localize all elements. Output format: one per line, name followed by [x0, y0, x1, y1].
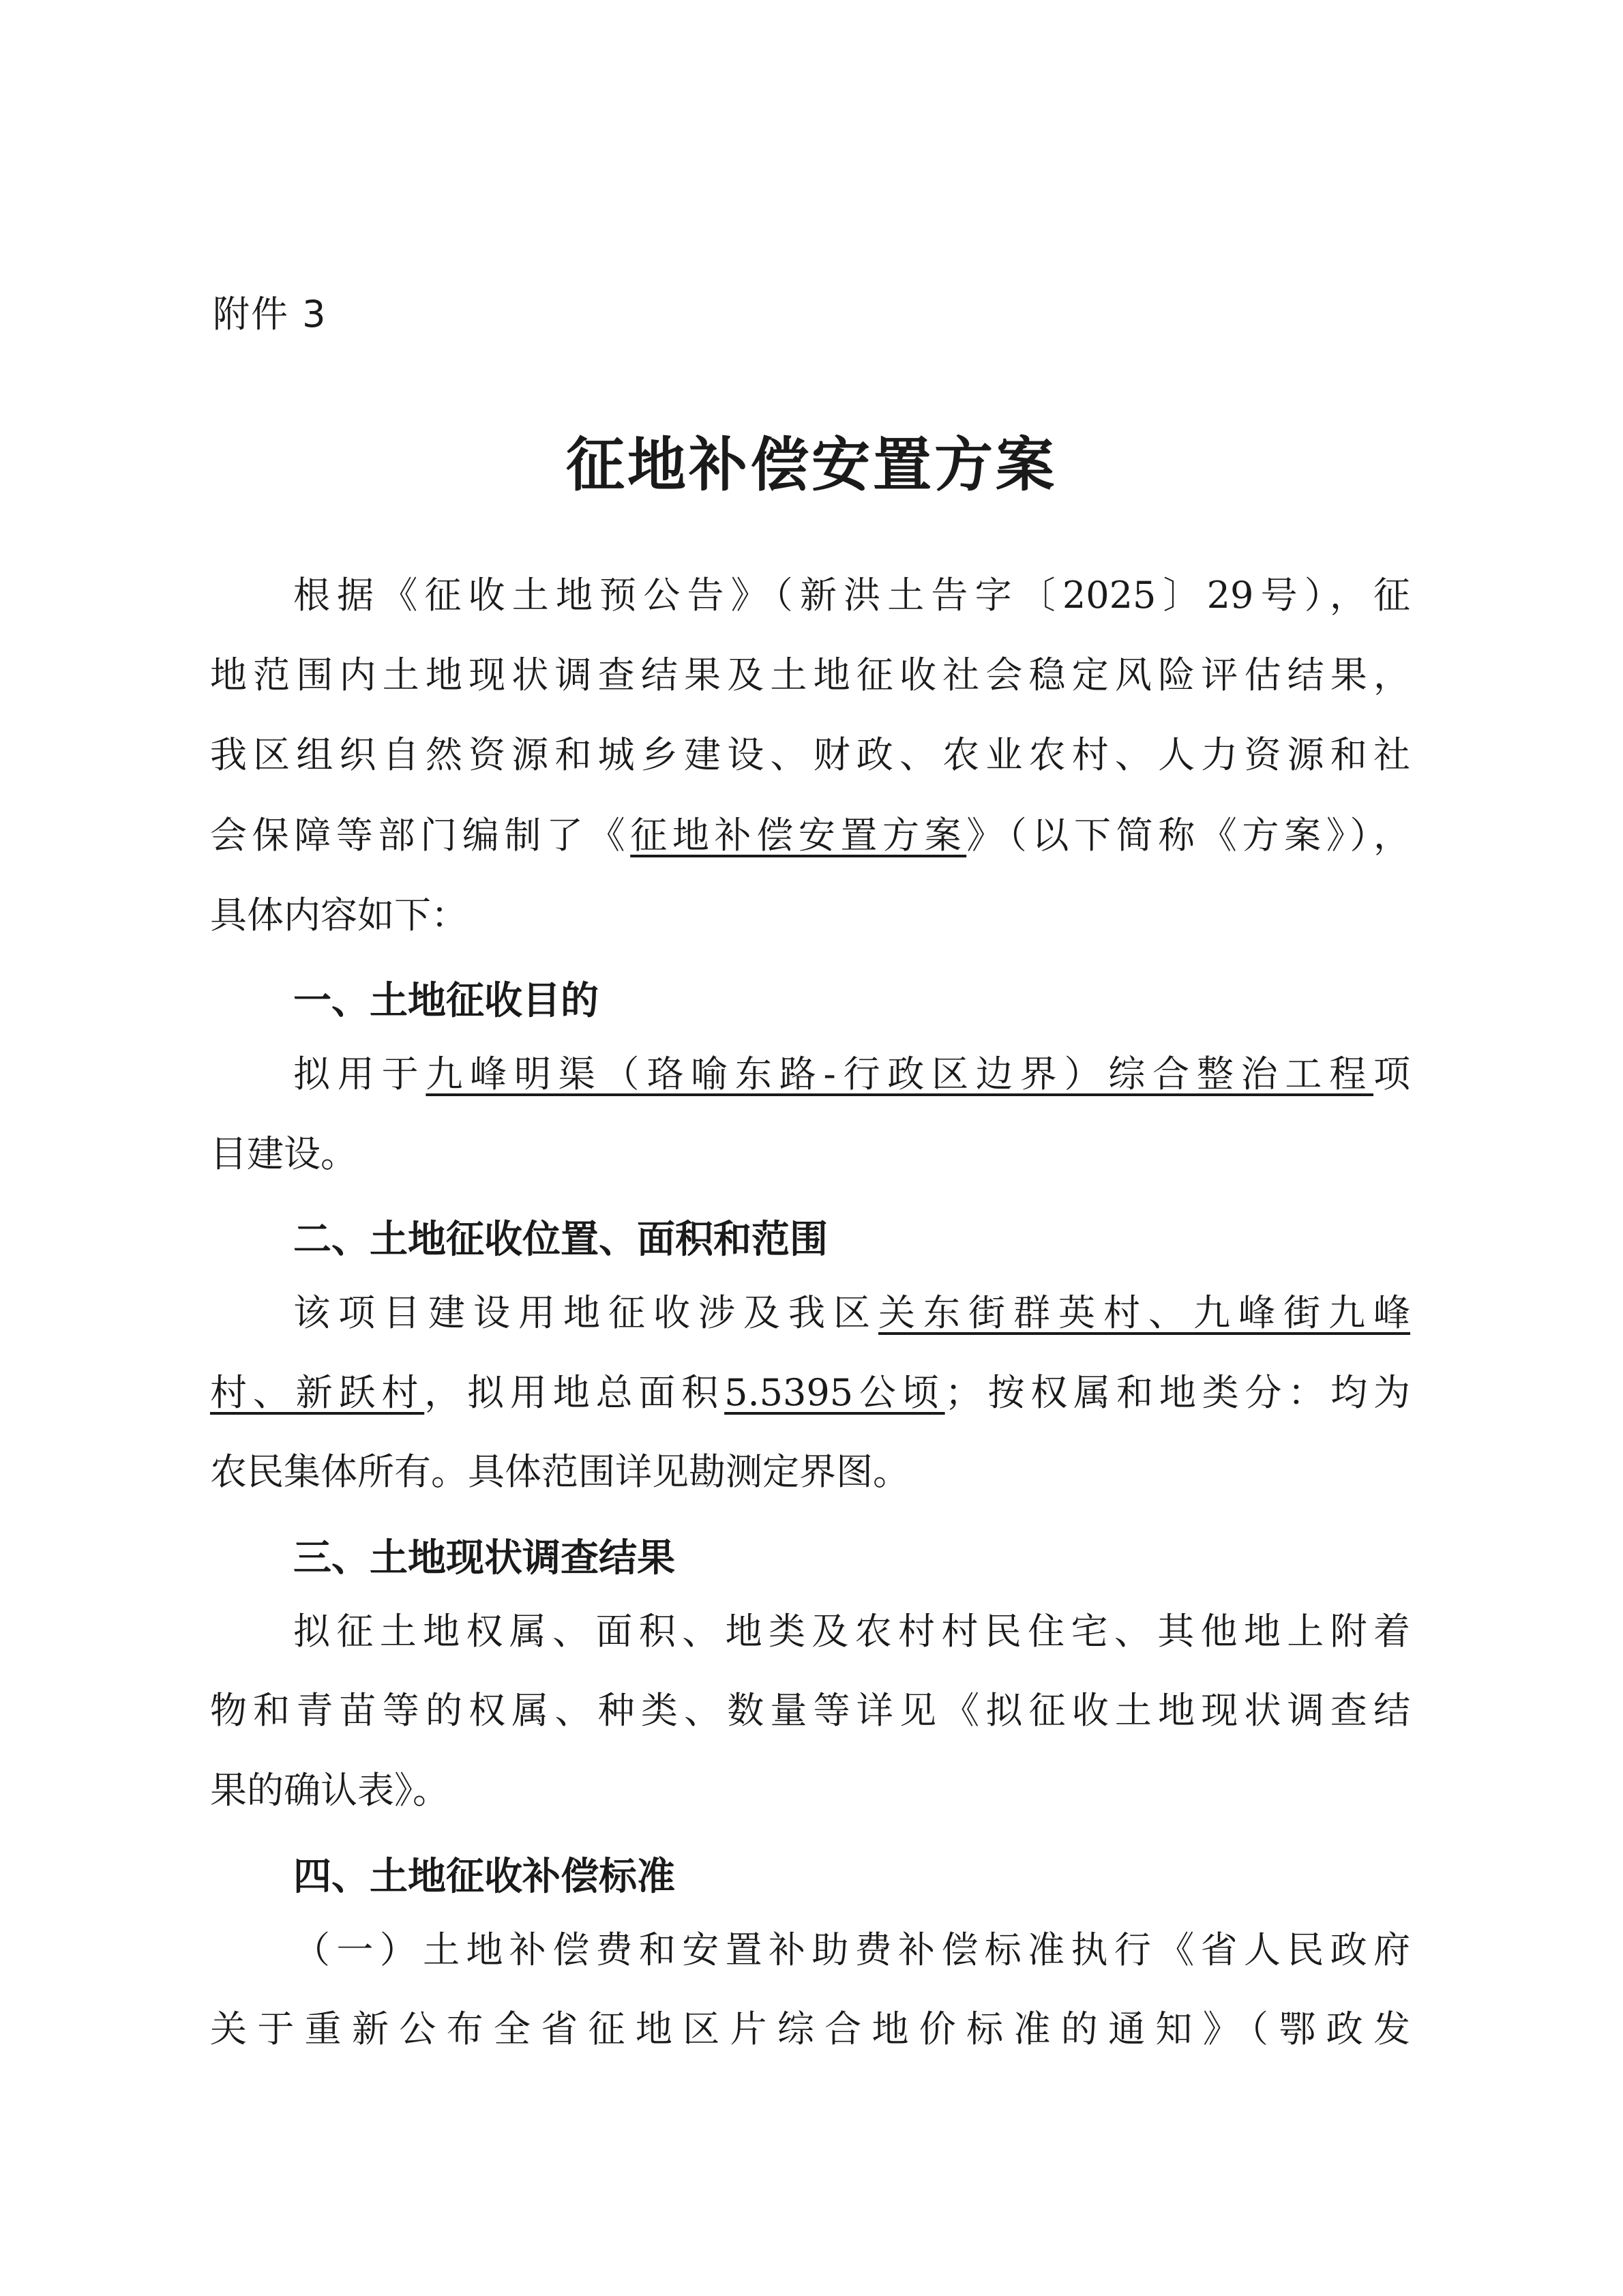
- plan-title-underlined: 征地补偿安置方案: [630, 814, 966, 857]
- section-3-heading: 三、土地现状调查结果: [293, 1528, 675, 1583]
- section-1-heading: 一、土地征收目的: [293, 971, 599, 1025]
- intro-line-2: 地范围内土地现状调查结果及土地征收社会稳定风险评估结果，: [210, 651, 1410, 699]
- intro-line-3: 我区组织自然资源和城乡建设、财政、农业农村、人力资源和社: [210, 731, 1410, 779]
- section-1-post: 项: [1373, 1053, 1410, 1095]
- section-4-line-1: （一）土地补偿费和安置补助费补偿标准执行《省人民政府: [293, 1926, 1410, 1974]
- intro-line-1: 根据《征收土地预公告》（新洪土告字〔2025〕29号），征: [293, 572, 1410, 619]
- attachment-label: 附件 3: [213, 285, 327, 338]
- document-page: 附件 3 征地补偿安置方案 根据《征收土地预公告》（新洪土告字〔2025〕29号…: [0, 0, 1623, 2296]
- section-3-line-3: 果的确认表》。: [210, 1767, 1410, 1814]
- intro-line-5: 具体内容如下：: [210, 892, 1410, 939]
- intro-line-4-post: 》（以下简称《方案》），: [966, 814, 1410, 857]
- villages-underlined-cont: 村、新跃村: [210, 1371, 424, 1414]
- villages-underlined: 关东街群英村、九峰街九峰: [878, 1291, 1410, 1334]
- section-2-line-2: 村、新跃村，拟用地总面积5.5395公顷；按权属和地类分：均为: [210, 1369, 1410, 1417]
- section-1-line-1: 拟用于九峰明渠（珞喻东路-行政区边界）综合整治工程项: [293, 1050, 1410, 1098]
- intro-line-4: 会保障等部门编制了《征地补偿安置方案》（以下简称《方案》），: [210, 812, 1410, 859]
- section-4-line-2: 关于重新公布全省征地区片综合地价标准的通知》（鄂政发: [210, 2005, 1410, 2053]
- section-1-pre: 拟用于: [293, 1053, 426, 1095]
- section-4-heading: 四、土地征收补偿标准: [293, 1846, 675, 1901]
- section-2-pre: 该项目建设用地征收涉及我区: [293, 1291, 878, 1334]
- project-name-underlined: 九峰明渠（珞喻东路-行政区边界）综合整治工程: [426, 1053, 1373, 1095]
- section-3-line-2: 物和青苗等的权属、种类、数量等详见《拟征收土地现状调查结: [210, 1687, 1410, 1735]
- document-title: 征地补偿安置方案: [0, 417, 1623, 502]
- section-2-heading: 二、土地征收位置、面积和范围: [293, 1209, 828, 1264]
- section-3-line-1: 拟征土地权属、面积、地类及农村村民住宅、其他地上附着: [293, 1608, 1410, 1655]
- section-2-mid: ，拟用地总面积: [424, 1371, 724, 1414]
- intro-line-4-pre: 会保障等部门编制了《: [210, 814, 630, 857]
- section-2-line-1: 该项目建设用地征收涉及我区关东街群英村、九峰街九峰: [293, 1289, 1410, 1337]
- section-2-post: ；按权属和地类分：均为: [945, 1371, 1410, 1414]
- area-underlined: 5.5395公顷: [724, 1371, 944, 1414]
- section-1-line-2: 目建设。: [210, 1130, 1410, 1178]
- section-2-line-3: 农民集体所有。具体范围详见勘测定界图。: [210, 1448, 1410, 1496]
